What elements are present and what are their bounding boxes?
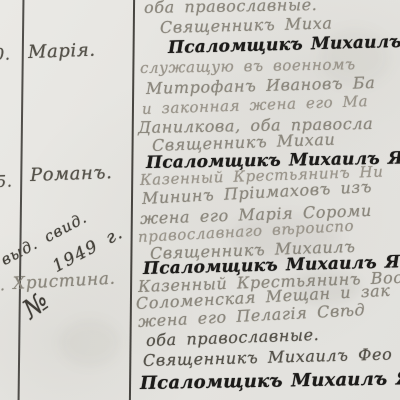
paper-stain <box>60 320 120 366</box>
entry-name-roman: Романъ. <box>30 162 113 186</box>
row-number: 5. <box>0 171 13 191</box>
column-rule-left <box>17 0 24 400</box>
column-rule-divider <box>129 0 135 400</box>
row-number: 6. <box>0 275 6 295</box>
row-number: 0. <box>0 44 11 64</box>
document-scan: 0. 5. 6. Марія. Романъ. Христина. выд. с… <box>0 0 400 400</box>
register-line: Псаломщикъ Михаилъ Ян <box>140 368 400 394</box>
entry-name-maria: Марія. <box>28 40 96 63</box>
